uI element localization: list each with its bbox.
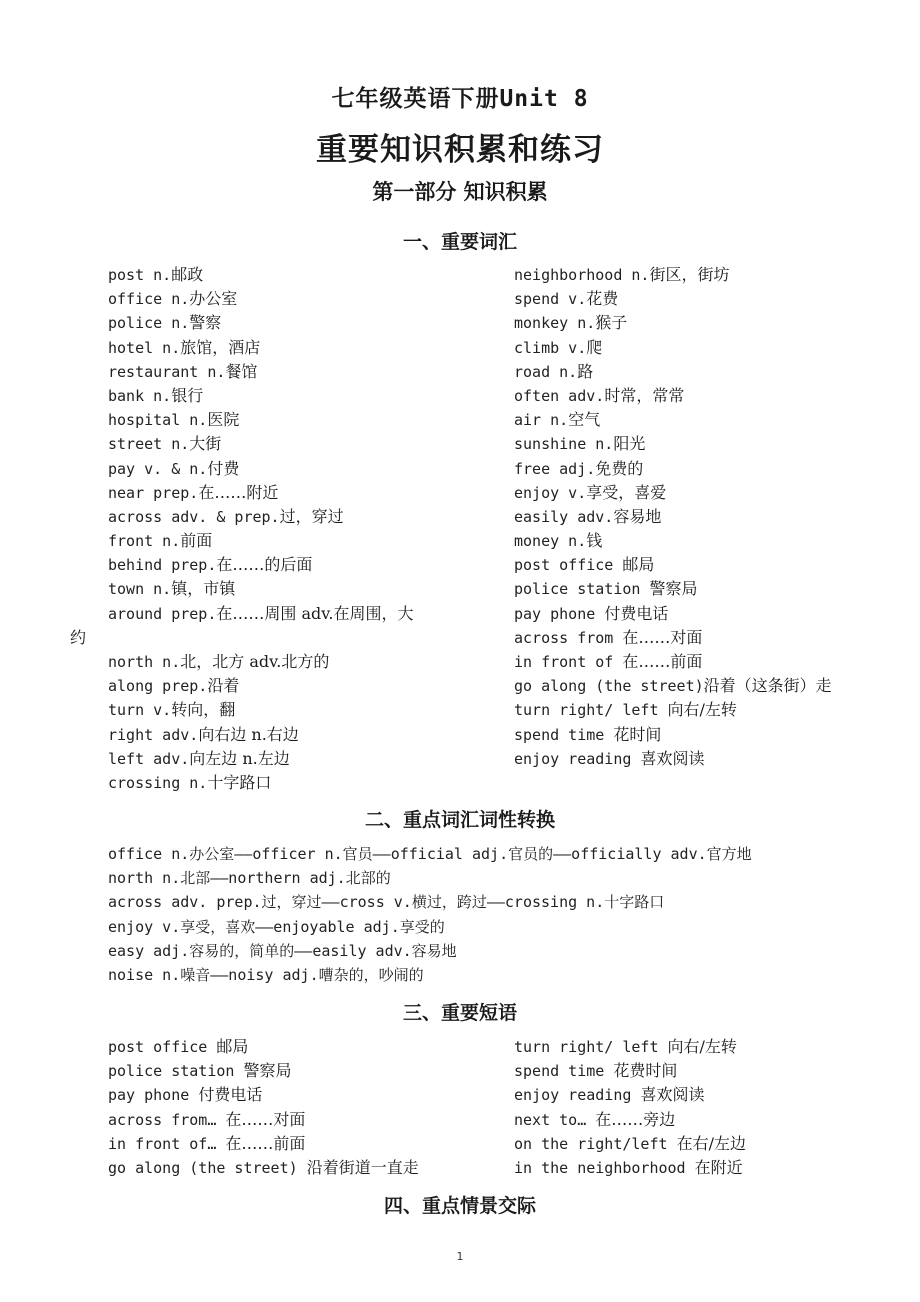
title-chinese: 七年级英语下册 (331, 86, 499, 112)
english-term: post office (514, 556, 622, 574)
list-item: police station 警察局 (108, 1059, 419, 1083)
chinese-meaning: 大街 (189, 434, 221, 453)
english-term: post office (108, 1038, 216, 1056)
english-term: air n. (514, 411, 568, 429)
title-unit: Unit 8 (499, 86, 588, 112)
list-item: hospital n.医院 (108, 408, 413, 432)
list-item: spend time 花时间 (514, 723, 832, 747)
chinese-meaning: 花费 (586, 289, 618, 308)
list-item: pay phone 付费电话 (108, 1083, 419, 1107)
phrases-list-left: post office 邮局police station 警察局pay phon… (108, 1035, 419, 1180)
list-item: near prep.在……附近 (108, 481, 413, 505)
chinese-meaning: 在……的后面 (216, 555, 312, 574)
list-item: post office 邮局 (108, 1035, 419, 1059)
list-item: climb v.爬 (514, 336, 832, 360)
chinese-meaning: 容易地 (613, 507, 661, 526)
chinese-meaning: 喜欢阅读 (640, 749, 704, 768)
chinese-meaning: 猴子 (595, 313, 627, 332)
list-item: right adv.向右边 n.右边 (108, 723, 413, 747)
vocabulary-list-right: neighborhood n.街区，街坊spend v.花费monkey n.猴… (514, 263, 832, 771)
english-term: turn right/ left (514, 1038, 668, 1056)
chinese-meaning: 向右/左转 (668, 1037, 737, 1056)
chinese-meaning: 医院 (207, 410, 239, 429)
english-term: climb v. (514, 339, 586, 357)
english-term: along prep. (108, 677, 207, 695)
english-term: go along (the street) (514, 677, 704, 695)
chinese-meaning: 转向，翻 (171, 700, 235, 719)
list-item: behind prep.在……的后面 (108, 553, 413, 577)
chinese-meaning: 花费时间 (613, 1061, 677, 1080)
chinese-meaning: 街区，街坊 (649, 265, 729, 284)
list-item: front n.前面 (108, 529, 413, 553)
word-form-line: enjoy v.享受，喜欢——enjoyable adj.享受的 (108, 915, 752, 939)
word-form-text: across adv. prep.过，穿过——cross v.横过，跨过——cr… (108, 893, 664, 911)
list-item: around prep.在……周围 adv.在周围，大 (108, 602, 413, 626)
english-term: enjoy reading (514, 750, 640, 768)
section-heading-dialogues: 四、重点情景交际 (0, 1191, 920, 1218)
word-form-line: north n.北部——northern adj.北部的 (108, 866, 752, 890)
english-term: pay phone (514, 605, 604, 623)
english-term: police n. (108, 314, 189, 332)
chinese-meaning: 银行 (171, 386, 203, 405)
chinese-meaning: 喜欢阅读 (640, 1085, 704, 1104)
english-term: street n. (108, 435, 189, 453)
chinese-meaning: 在……旁边 (595, 1110, 675, 1129)
chinese-meaning: 前面 (180, 531, 212, 550)
english-term: in front of (514, 653, 622, 671)
english-term: police station (108, 1062, 243, 1080)
chinese-meaning: 钱 (586, 531, 602, 550)
chinese-meaning: 阳光 (613, 434, 645, 453)
chinese-meaning: 邮局 (216, 1037, 248, 1056)
word-form-line: office n.办公室——officer n.官员——official adj… (108, 842, 752, 866)
part-title: 第一部分 知识积累 (0, 176, 920, 206)
list-item: across from… 在……对面 (108, 1108, 419, 1132)
list-item: hotel n.旅馆，酒店 (108, 336, 413, 360)
list-item: office n.办公室 (108, 287, 413, 311)
english-term: crossing n. (108, 774, 207, 792)
chinese-meaning: 十字路口 (207, 773, 271, 792)
english-term: front n. (108, 532, 180, 550)
list-item: go along (the street)沿着（这条街）走 (514, 674, 832, 698)
english-term: enjoy reading (514, 1086, 640, 1104)
word-forms-list: office n.办公室——officer n.官员——official adj… (108, 842, 752, 987)
list-item: road n.路 (514, 360, 832, 384)
list-item: go along (the street) 沿着街道一直走 (108, 1156, 419, 1180)
english-term: spend time (514, 1062, 613, 1080)
document-title: 七年级英语下册Unit 8 (0, 80, 920, 113)
chinese-meaning: 约 (70, 628, 86, 647)
english-term: behind prep. (108, 556, 216, 574)
chinese-meaning: 在右/左边 (677, 1134, 746, 1153)
word-form-line: easy adj.容易的，简单的——easily adv.容易地 (108, 939, 752, 963)
list-item: turn right/ left 向右/左转 (514, 698, 832, 722)
section-heading-word-forms: 二、重点词汇词性转换 (0, 805, 920, 832)
chinese-meaning: 沿着（这条街）走 (704, 676, 832, 695)
english-term: in front of… (108, 1135, 225, 1153)
list-item: restaurant n.餐馆 (108, 360, 413, 384)
word-form-line: across adv. prep.过，穿过——cross v.横过，跨过——cr… (108, 890, 752, 914)
chinese-meaning: 爬 (586, 338, 602, 357)
english-term: sunshine n. (514, 435, 613, 453)
chinese-meaning: 向右边 n.右边 (198, 725, 298, 744)
chinese-meaning: 在……前面 (225, 1134, 305, 1153)
chinese-meaning: 在……周围 adv.在周围，大 (216, 604, 413, 623)
chinese-meaning: 沿着街道一直走 (307, 1158, 419, 1177)
page-number: 1 (0, 1250, 920, 1263)
chinese-meaning: 向右/左转 (668, 700, 737, 719)
english-term: easily adv. (514, 508, 613, 526)
list-item: sunshine n.阳光 (514, 432, 832, 456)
english-term: free adj. (514, 460, 595, 478)
list-item: spend time 花费时间 (514, 1059, 746, 1083)
word-form-text: enjoy v.享受，喜欢——enjoyable adj.享受的 (108, 918, 445, 936)
english-term: around prep. (108, 605, 216, 623)
section-heading-phrases: 三、重要短语 (0, 998, 920, 1025)
english-term: across from… (108, 1111, 225, 1129)
chinese-meaning: 路 (577, 362, 593, 381)
list-item: north n.北，北方 adv.北方的 (108, 650, 413, 674)
word-form-text: office n.办公室——officer n.官员——official adj… (108, 845, 752, 863)
list-item: police n.警察 (108, 311, 413, 335)
chinese-meaning: 付费 (207, 459, 239, 478)
list-item: money n.钱 (514, 529, 832, 553)
chinese-meaning: 在附近 (695, 1158, 743, 1177)
english-term: near prep. (108, 484, 198, 502)
english-term: pay v. & n. (108, 460, 207, 478)
word-form-text: north n.北部——northern adj.北部的 (108, 869, 391, 887)
document-subtitle: 重要知识积累和练习 (0, 124, 920, 169)
english-term: town n. (108, 580, 171, 598)
list-item: in front of 在……前面 (514, 650, 832, 674)
list-item: town n.镇，市镇 (108, 577, 413, 601)
list-item: across from 在……对面 (514, 626, 832, 650)
english-term: spend v. (514, 290, 586, 308)
chinese-meaning: 过，穿过 (280, 507, 344, 526)
list-item: crossing n.十字路口 (108, 771, 413, 795)
list-item: 约 (70, 626, 413, 650)
list-item: enjoy v.享受，喜爱 (514, 481, 832, 505)
list-item: bank n.银行 (108, 384, 413, 408)
english-term: north n. (108, 653, 180, 671)
list-item: pay phone 付费电话 (514, 602, 832, 626)
list-item: in the neighborhood 在附近 (514, 1156, 746, 1180)
chinese-meaning: 旅馆，酒店 (180, 338, 260, 357)
english-term: spend time (514, 726, 613, 744)
english-term: bank n. (108, 387, 171, 405)
list-item: easily adv.容易地 (514, 505, 832, 529)
chinese-meaning: 付费电话 (604, 604, 668, 623)
list-item: along prep.沿着 (108, 674, 413, 698)
english-term: hotel n. (108, 339, 180, 357)
list-item: next to… 在……旁边 (514, 1108, 746, 1132)
chinese-meaning: 办公室 (189, 289, 237, 308)
chinese-meaning: 邮政 (171, 265, 203, 284)
list-item: air n.空气 (514, 408, 832, 432)
chinese-meaning: 沿着 (207, 676, 239, 695)
english-term: next to… (514, 1111, 595, 1129)
chinese-meaning: 在……对面 (225, 1110, 305, 1129)
list-item: post office 邮局 (514, 553, 832, 577)
english-term: across from (514, 629, 622, 647)
chinese-meaning: 付费电话 (198, 1085, 262, 1104)
list-item: left adv.向左边 n.左边 (108, 747, 413, 771)
list-item: police station 警察局 (514, 577, 832, 601)
english-term: hospital n. (108, 411, 207, 429)
chinese-meaning: 在……附近 (198, 483, 278, 502)
word-form-text: easy adj.容易的，简单的——easily adv.容易地 (108, 942, 457, 960)
english-term: often adv. (514, 387, 604, 405)
list-item: across adv. & prep.过，穿过 (108, 505, 413, 529)
english-term: police station (514, 580, 649, 598)
chinese-meaning: 向左边 n.左边 (189, 749, 289, 768)
list-item: in front of… 在……前面 (108, 1132, 419, 1156)
chinese-meaning: 享受，喜爱 (586, 483, 666, 502)
english-term: left adv. (108, 750, 189, 768)
english-term: turn v. (108, 701, 171, 719)
chinese-meaning: 镇，市镇 (171, 579, 235, 598)
english-term: go along (the street) (108, 1159, 307, 1177)
list-item: on the right/left 在右/左边 (514, 1132, 746, 1156)
english-term: money n. (514, 532, 586, 550)
phrases-list-right: turn right/ left 向右/左转spend time 花费时间enj… (514, 1035, 746, 1180)
section-heading-vocabulary: 一、重要词汇 (0, 227, 920, 254)
list-item: free adj.免费的 (514, 457, 832, 481)
list-item: spend v.花费 (514, 287, 832, 311)
english-term: turn right/ left (514, 701, 668, 719)
list-item: monkey n.猴子 (514, 311, 832, 335)
english-term: enjoy v. (514, 484, 586, 502)
list-item: post n.邮政 (108, 263, 413, 287)
list-item: enjoy reading 喜欢阅读 (514, 747, 832, 771)
chinese-meaning: 空气 (568, 410, 600, 429)
english-term: pay phone (108, 1086, 198, 1104)
chinese-meaning: 免费的 (595, 459, 643, 478)
english-term: restaurant n. (108, 363, 225, 381)
list-item: often adv.时常，常常 (514, 384, 832, 408)
word-form-text: noise n.噪音——noisy adj.嘈杂的，吵闹的 (108, 966, 424, 984)
chinese-meaning: 警察 (189, 313, 221, 332)
chinese-meaning: 餐馆 (225, 362, 257, 381)
word-form-line: noise n.噪音——noisy adj.嘈杂的，吵闹的 (108, 963, 752, 987)
list-item: street n.大街 (108, 432, 413, 456)
english-term: in the neighborhood (514, 1159, 695, 1177)
english-term: office n. (108, 290, 189, 308)
english-term: monkey n. (514, 314, 595, 332)
chinese-meaning: 时常，常常 (604, 386, 684, 405)
chinese-meaning: 在……对面 (622, 628, 702, 647)
chinese-meaning: 在……前面 (622, 652, 702, 671)
chinese-meaning: 北，北方 adv.北方的 (180, 652, 329, 671)
list-item: turn right/ left 向右/左转 (514, 1035, 746, 1059)
chinese-meaning: 花时间 (613, 725, 661, 744)
english-term: on the right/left (514, 1135, 677, 1153)
chinese-meaning: 警察局 (243, 1061, 291, 1080)
list-item: neighborhood n.街区，街坊 (514, 263, 832, 287)
chinese-meaning: 邮局 (622, 555, 654, 574)
english-term: right adv. (108, 726, 198, 744)
list-item: pay v. & n.付费 (108, 457, 413, 481)
english-term: road n. (514, 363, 577, 381)
chinese-meaning: 警察局 (649, 579, 697, 598)
english-term: neighborhood n. (514, 266, 649, 284)
english-term: across adv. & prep. (108, 508, 280, 526)
english-term: post n. (108, 266, 171, 284)
list-item: turn v.转向，翻 (108, 698, 413, 722)
list-item: enjoy reading 喜欢阅读 (514, 1083, 746, 1107)
vocabulary-list-left: post n.邮政office n.办公室police n.警察hotel n.… (108, 263, 413, 795)
